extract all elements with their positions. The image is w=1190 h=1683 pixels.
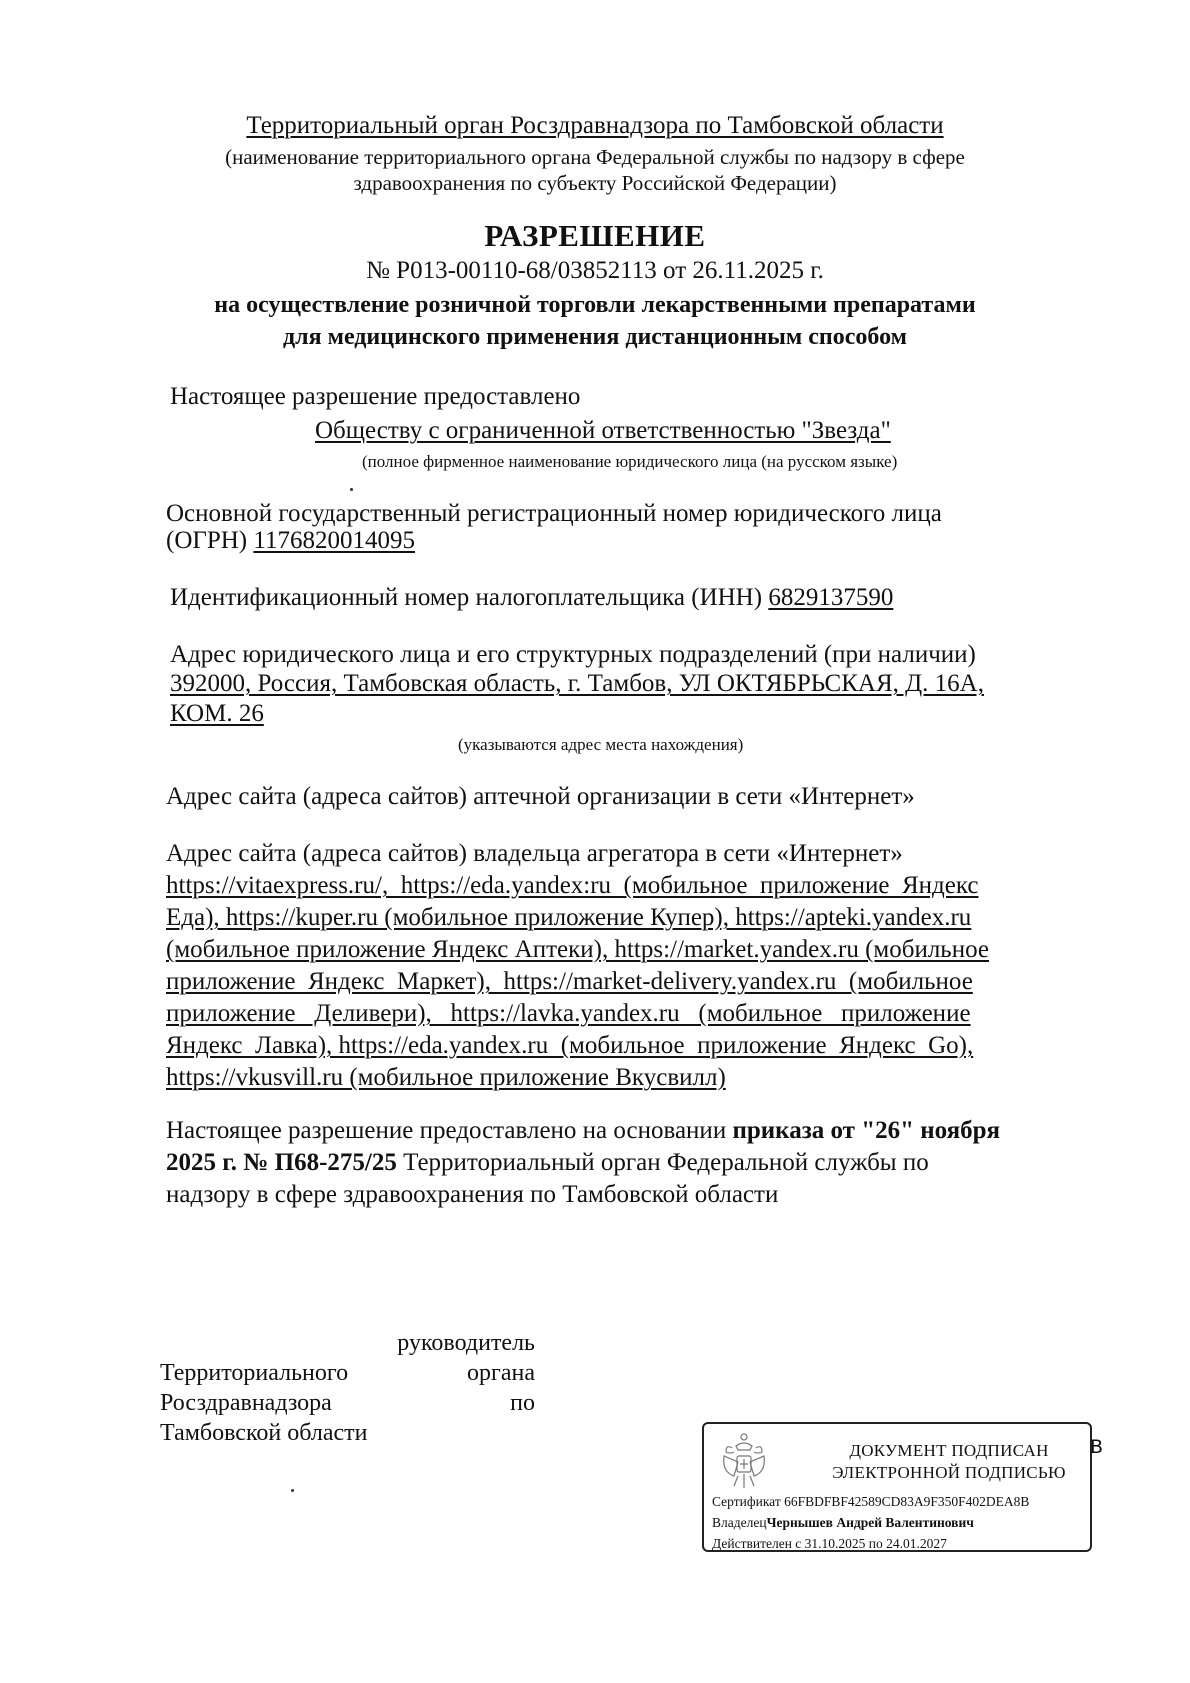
aggregator-line: Еда), https://kuper.ru (мобильное прилож…	[166, 902, 1106, 934]
address-caption: (указываются адрес места нахождения)	[458, 735, 743, 755]
aggregator-line: приложение Яндекс Маркет), https://marke…	[166, 966, 1106, 998]
authority-name: Территориальный орган Росздравнадзора по…	[0, 112, 1190, 140]
aggregator-line: приложение Деливери), https://lavka.yand…	[166, 998, 1106, 1030]
signatory-line3-left: Росздравнадзора	[160, 1388, 332, 1418]
scan-speck	[291, 1489, 294, 1492]
certificate-label: Сертификат	[712, 1494, 784, 1509]
authority-caption-1: (наименование территориального органа Фе…	[0, 145, 1190, 170]
certificate-line: Сертификат 66FBDFBF42589CD83A9F350F402DE…	[712, 1494, 1029, 1510]
address-label: Адрес юридического лица и его структурны…	[170, 641, 976, 669]
owner-line: ВладелецЧернышев Андрей Валентинович	[712, 1515, 974, 1531]
signatory-block: руководитель Территориальногооргана Росз…	[160, 1328, 535, 1448]
e-signature-stamp: ДОКУМЕНТ ПОДПИСАН ЭЛЕКТРОННОЙ ПОДПИСЬЮ С…	[702, 1422, 1092, 1552]
validity-line: Действителен с 31.10.2025 по 24.01.2027	[712, 1536, 947, 1552]
scan-speck	[350, 488, 353, 491]
stray-letter: В	[1090, 1436, 1103, 1458]
ogrn-label: (ОГРН)	[166, 527, 253, 554]
address-value-2: КОМ. 26	[170, 700, 264, 728]
certificate-value: 66FBDFBF42589CD83A9F350F402DEA8B	[784, 1494, 1029, 1509]
inn-label: Идентификационный номер налогоплательщик…	[170, 584, 768, 611]
signatory-line4: Тамбовской области	[160, 1418, 535, 1448]
e-signature-heading-1: ДОКУМЕНТ ПОДПИСАН	[819, 1440, 1079, 1462]
grantee-name: Обществу с ограниченной ответственностью…	[315, 417, 891, 445]
grantee-name-caption: (полное фирменное наименование юридическ…	[362, 452, 897, 472]
address-value-1: 392000, Россия, Тамбовская область, г. Т…	[170, 670, 984, 698]
aggregator-line: https://vitaexpress.ru/, https://eda.yan…	[166, 870, 1106, 902]
basis-order-2: 2025 г. № П68-275/25	[166, 1149, 397, 1176]
aggregator-line: https://vkusvill.ru (мобильное приложени…	[166, 1062, 1106, 1094]
ogrn-line: (ОГРН) 1176820014095	[166, 527, 415, 555]
ogrn-label-line1: Основной государственный регистрационный…	[166, 498, 1106, 529]
permit-subject-1: на осуществление розничной торговли лека…	[0, 292, 1190, 319]
ogrn-value: 1176820014095	[253, 527, 415, 554]
signatory-line2-right: органа	[467, 1358, 535, 1388]
basis-order-1: приказа от "26" ноября	[732, 1117, 1000, 1144]
owner-label: Владелец	[712, 1515, 767, 1530]
inn-line: Идентификационный номер налогоплательщик…	[170, 584, 893, 612]
basis-suffix: Территориальный орган Федеральной службы…	[397, 1149, 929, 1176]
aggregator-sites-label: Адрес сайта (адреса сайтов) владельца аг…	[166, 840, 903, 868]
aggregator-sites-list: https://vitaexpress.ru/, https://eda.yan…	[166, 870, 1106, 1094]
signatory-position: руководитель	[160, 1328, 535, 1358]
grantee-intro: Настоящее разрешение предоставлено	[170, 383, 580, 411]
e-signature-heading-2: ЭЛЕКТРОННОЙ ПОДПИСЬЮ	[819, 1462, 1079, 1484]
inn-value: 6829137590	[768, 584, 893, 611]
basis-line3: надзору в сфере здравоохранения по Тамбо…	[166, 1179, 1106, 1211]
signatory-line3-right: по	[510, 1388, 535, 1418]
permit-subject-2: для медицинского применения дистанционны…	[0, 324, 1190, 351]
pharmacy-sites-label: Адрес сайта (адреса сайтов) аптечной орг…	[166, 783, 915, 811]
basis-paragraph: Настоящее разрешение предоставлено на ос…	[166, 1115, 1106, 1211]
e-signature-heading: ДОКУМЕНТ ПОДПИСАН ЭЛЕКТРОННОЙ ПОДПИСЬЮ	[819, 1440, 1079, 1484]
aggregator-line: Яндекс Лавка), https://eda.yandex.ru (мо…	[166, 1030, 1106, 1062]
aggregator-line: (мобильное приложение Яндекс Аптеки), ht…	[166, 934, 1106, 966]
document-title: РАЗРЕШЕНИЕ	[0, 218, 1190, 254]
signatory-line2-left: Территориального	[160, 1358, 348, 1388]
authority-caption-2: здравоохранения по субъекту Российской Ф…	[0, 171, 1190, 196]
double-headed-eagle-emblem-icon	[720, 1432, 768, 1490]
basis-prefix: Настоящее разрешение предоставлено на ос…	[166, 1117, 732, 1144]
permit-number: № Р013-00110-68/03852113 от 26.11.2025 г…	[0, 257, 1190, 285]
owner-value: Чернышев Андрей Валентинович	[767, 1515, 974, 1530]
